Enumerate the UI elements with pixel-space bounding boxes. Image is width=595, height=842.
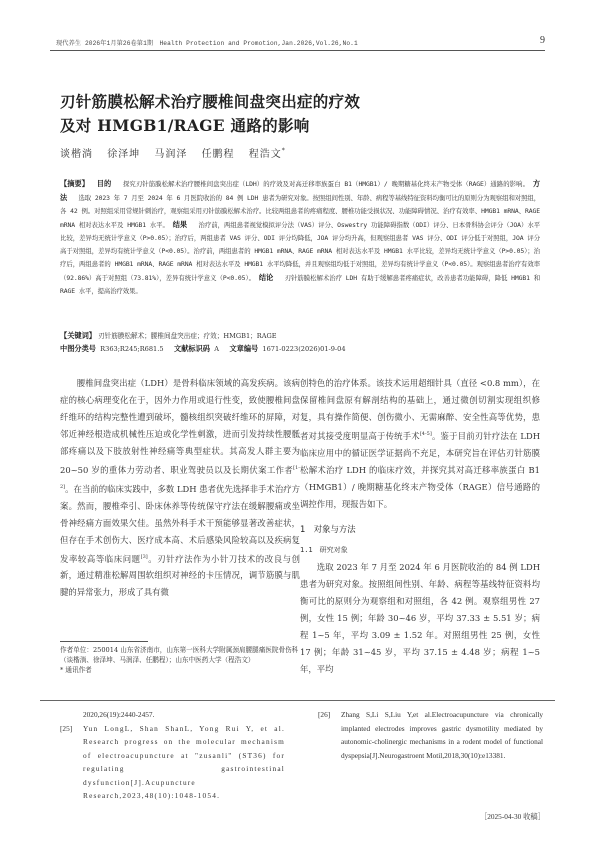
journal-info: 现代养生 2026年1月第26卷第1期 Health Protection an…	[56, 38, 358, 47]
classification-line: 中图分类号 R363;R245;R681.5 文献标识码 A 文章编号 1671…	[60, 344, 540, 354]
keywords-value: 刃针筋膜松解术；腰椎间盘突出症；疗效；HMGB1；RAGE	[98, 332, 277, 340]
running-header: 现代养生 2026年1月第26卷第1期 Health Protection an…	[50, 35, 545, 51]
intro-paragraph: 腰椎间盘突出症（LDH）是骨科临床领域的高发疾病。该病症的核心病理变化在于，因外…	[60, 375, 300, 601]
author-list: 谈楷淌 徐泽坤 马润泽 任鹏程 程浩文*	[60, 145, 286, 160]
references-divider	[40, 700, 555, 701]
intro-text-a: 腰椎间盘突出症（LDH）是骨科临床领域的高发疾病。该病症的核心病理变化在于，因外…	[60, 378, 300, 475]
clc-label: 中图分类号	[60, 344, 96, 353]
affiliation: 作者单位：250014 山东省济南市，山东第一医科大学附属颈肩腰腿痛医院骨伤科（…	[60, 645, 300, 665]
reference-text: 2020,26(19):2440-2457.	[83, 710, 154, 719]
author: 程浩文	[249, 149, 282, 160]
citation: [4-5]	[420, 431, 432, 437]
keywords: 【关键词】 刃针筋膜松解术；腰椎间盘突出症；疗效；HMGB1；RAGE	[60, 330, 540, 341]
abstract-label: 【摘要】	[60, 179, 89, 188]
section-heading: 1 对象与方法	[300, 521, 540, 538]
subjects-paragraph: 选取 2023 年 7 月至 2024 年 6 月医院收治的 84 例 LDH …	[300, 559, 540, 678]
subsection-heading: 1.1 研究对象	[300, 542, 540, 559]
title-line-1: 刃针筋膜松解术治疗腰椎间盘突出症的疗效	[60, 90, 460, 114]
objective-label: 目的	[97, 179, 111, 188]
author: 马润泽	[154, 149, 187, 160]
reference-text: Yun LongL, Shan ShanL, Yong Rui Y, et al…	[83, 724, 285, 801]
page-number: 9	[540, 35, 545, 46]
doc-code-value: A	[214, 345, 219, 353]
intro-cont-b: 。鉴于目前刃针疗法在 LDH 临床应用中的循证医学证据尚不充足，本研究旨在评估刃…	[300, 431, 540, 509]
footnote-divider	[60, 641, 148, 642]
title-line-2: 及对 HMGB1/RAGE 通路的影响	[60, 114, 460, 138]
footnote: 作者单位：250014 山东省济南市，山东第一医科大学附属颈肩腰腿痛医院骨伤科（…	[60, 645, 300, 675]
article-title: 刃针筋膜松解术治疗腰椎间盘突出症的疗效 及对 HMGB1/RAGE 通路的影响	[60, 90, 460, 138]
intro-paragraph-cont: 创特色的治疗体系。该技术运用超细针具（直径 <0.8 mm），在保留椎间盘原有解…	[300, 375, 540, 513]
objective-text: 探究刃针筋膜松解术治疗腰椎间盘突出症（LDH）的疗效及对高迁移率族蛋白 B1（H…	[123, 180, 529, 188]
references-right: [26] Zhang S,Li S,Liu Y,et al.Electroacu…	[318, 708, 543, 762]
article-no-value: 1671-0223(2026)01-9-04	[262, 345, 345, 353]
author: 谈楷淌	[60, 149, 93, 160]
citation: [3]	[141, 554, 148, 560]
received-date: ［2025-04-30 收稿］	[480, 812, 545, 822]
corresponding-mark: *	[282, 148, 286, 155]
corresponding-note: * 通讯作者	[60, 665, 300, 675]
abstract: 【摘要】 目的 探究刃针筋膜松解术治疗腰椎间盘突出症（LDH）的疗效及对高迁移率…	[60, 177, 540, 298]
body-right-column: 创特色的治疗体系。该技术运用超细针具（直径 <0.8 mm），在保留椎间盘原有解…	[300, 375, 540, 678]
intro-text-b: 。在当前的临床实践中，多数 LDH 患者优先选择非手术治疗方案。然而，腰椎牵引、…	[60, 484, 300, 564]
doc-code-label: 文献标识码	[174, 344, 210, 353]
reference-item: 2020,26(19):2440-2457.	[60, 708, 285, 722]
body-left-column: 腰椎间盘突出症（LDH）是骨科临床领域的高发疾病。该病症的核心病理变化在于，因外…	[60, 375, 300, 637]
conclusion-label: 结论	[259, 273, 273, 282]
reference-number: [25]	[60, 722, 72, 736]
results-label: 结果	[173, 220, 187, 229]
reference-item: [26] Zhang S,Li S,Liu Y,et al.Electroacu…	[318, 708, 543, 762]
article-no-label: 文章编号	[229, 344, 258, 353]
results-text: 治疗前，两组患者视觉模拟评分法（VAS）评分、Oswestry 功能障碍指数（O…	[60, 221, 540, 282]
keywords-label: 【关键词】	[60, 331, 96, 340]
reference-text: Zhang S,Li S,Liu Y,et al.Electroacupunct…	[341, 710, 543, 760]
author: 任鹏程	[202, 149, 235, 160]
references-left: 2020,26(19):2440-2457. [25] Yun LongL, S…	[60, 708, 285, 803]
clc-value: R363;R245;R681.5	[100, 345, 163, 353]
author: 徐泽坤	[107, 149, 140, 160]
reference-item: [25] Yun LongL, Shan ShanL, Yong Rui Y, …	[60, 722, 285, 803]
reference-number: [26]	[318, 708, 330, 722]
